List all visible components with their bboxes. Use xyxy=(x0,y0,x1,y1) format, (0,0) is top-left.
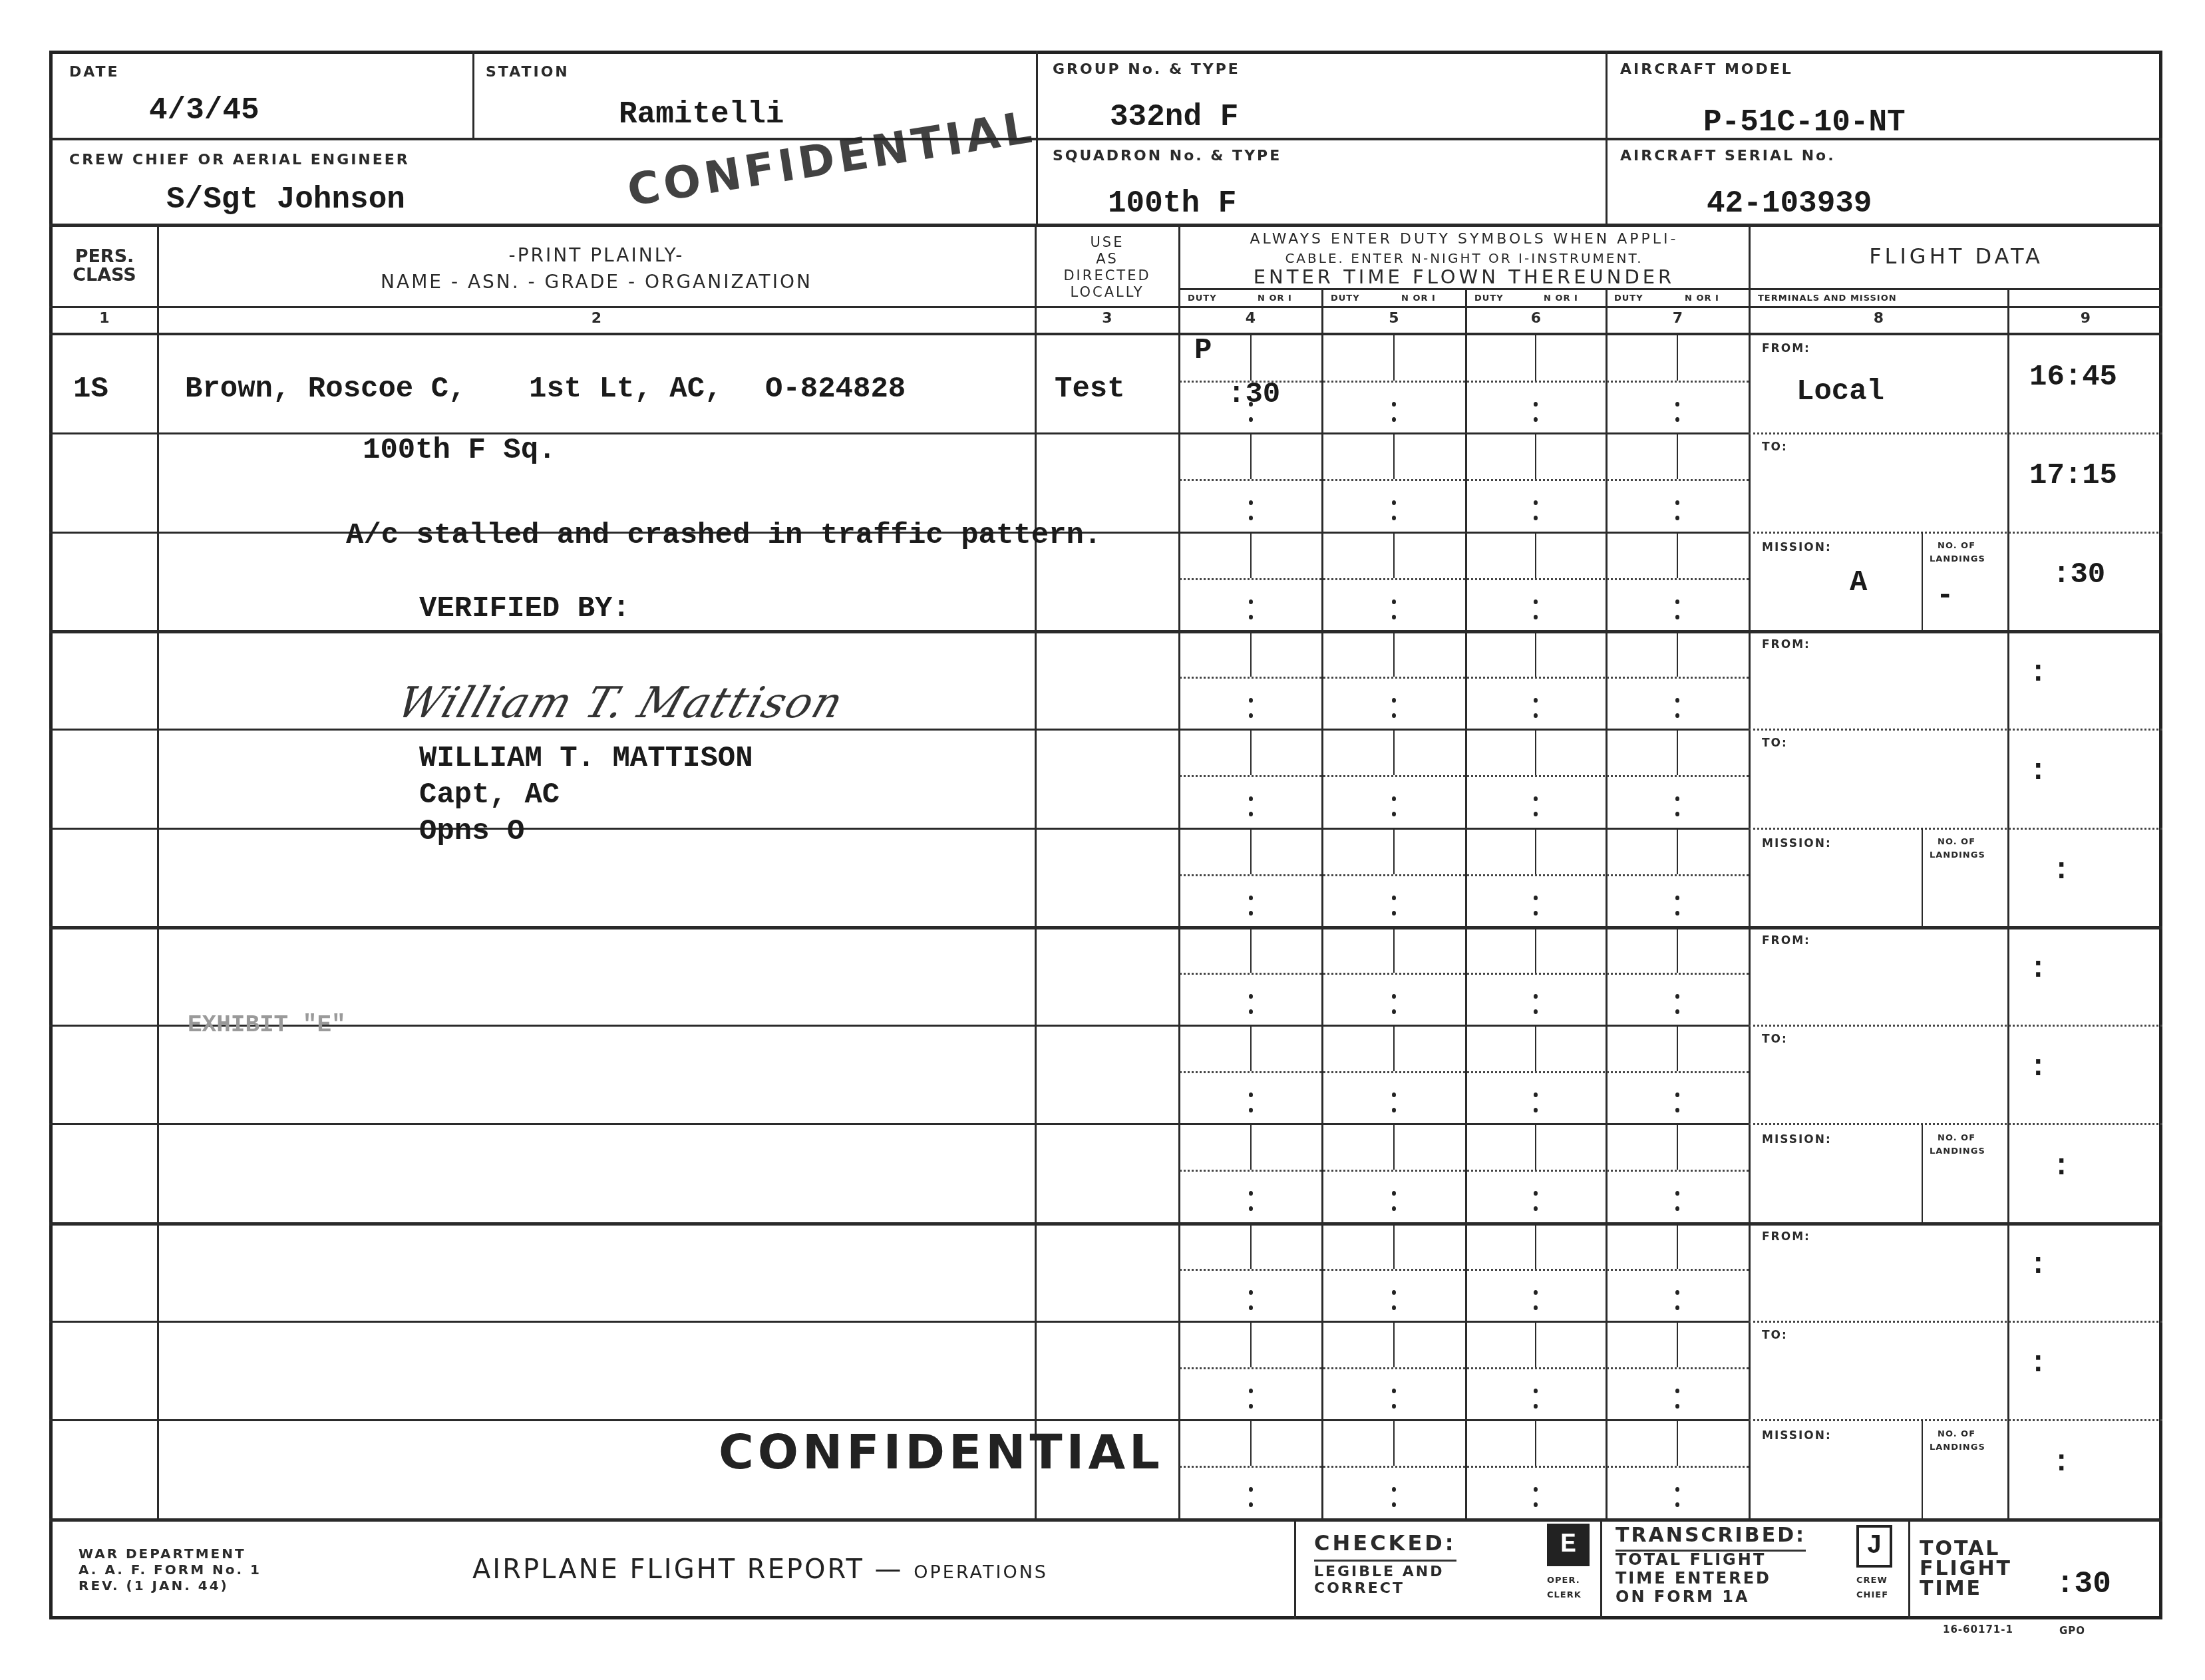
landings-label-2: LANDINGS xyxy=(1930,850,1985,860)
duty-split-line xyxy=(1393,334,1395,381)
use-as-directed-header: USE AS DIRECTED LOCALLY xyxy=(1036,234,1178,301)
crew-name[interactable]: Brown, Roscoe C, xyxy=(185,373,466,406)
duty-split-line xyxy=(1535,729,1536,775)
time-colon-mark[interactable] xyxy=(1392,402,1396,422)
use-as-line4: LOCALLY xyxy=(1036,284,1178,301)
duty-time[interactable]: :30 xyxy=(1228,378,1280,411)
time-colon-mark[interactable] xyxy=(1392,896,1396,916)
duty-split-line xyxy=(1677,1321,1678,1367)
terminals-sub: TERMINALS AND MISSION xyxy=(1758,293,1897,303)
form-title-dash: — xyxy=(875,1554,914,1585)
crew-chief-value[interactable]: S/Sgt Johnson xyxy=(166,182,405,217)
flight-data-header: FLIGHT DATA xyxy=(1750,244,2162,269)
row-line xyxy=(49,926,1749,929)
row-line xyxy=(49,1123,1749,1125)
flight-row-line xyxy=(1749,729,2162,731)
station-label: STATION xyxy=(486,64,570,81)
row-line xyxy=(49,630,1749,633)
mission-value[interactable]: A xyxy=(1850,566,1867,599)
time-from[interactable]: : xyxy=(2029,657,2047,690)
time-colon-mark[interactable] xyxy=(1249,1092,1253,1112)
time-colon-mark[interactable] xyxy=(1392,796,1396,816)
col-line-7 xyxy=(1749,225,1751,1518)
use-as-directed-value[interactable]: Test xyxy=(1055,373,1125,406)
time-colon-mark[interactable] xyxy=(1249,796,1253,816)
duty-mid-line xyxy=(1180,578,1749,580)
flight-row-line xyxy=(1749,1025,2162,1027)
landings-divider xyxy=(1922,828,1923,926)
crew-asn[interactable]: O-824828 xyxy=(765,373,906,406)
checked-sub-2: CORRECT xyxy=(1314,1580,1405,1597)
time-colon-mark[interactable] xyxy=(1675,896,1679,916)
crew-chief-label: CREW CHIEF OR AERIAL ENGINEER xyxy=(69,152,410,168)
duty-mid-line xyxy=(1180,1367,1749,1369)
duty-mid-line xyxy=(1180,1071,1749,1073)
duty-split-line xyxy=(1250,1025,1252,1071)
time-colon-mark[interactable] xyxy=(1534,1487,1538,1507)
duty-split-line xyxy=(1250,1123,1252,1170)
landings-divider xyxy=(1922,1124,1923,1222)
duty-split-line xyxy=(1250,432,1252,479)
duty-split-line xyxy=(1535,1123,1536,1170)
checked-sub-1: LEGIBLE AND xyxy=(1314,1564,1444,1580)
landings-label-2: LANDINGS xyxy=(1930,1146,1985,1156)
landings-label-1: NO. OF xyxy=(1938,837,1975,847)
time-colon-mark[interactable] xyxy=(1534,796,1538,816)
flight-row-line xyxy=(1749,1123,2162,1125)
header-divider-right xyxy=(1037,138,2162,140)
mission-label: MISSION: xyxy=(1762,837,1832,850)
duty-split-line xyxy=(1535,432,1536,479)
pers-class-line2: CLASS xyxy=(52,266,157,285)
mission-label: MISSION: xyxy=(1762,1429,1832,1442)
header-bottom xyxy=(49,224,2162,227)
duty-sub-4: DUTY xyxy=(1188,293,1217,303)
pers-class-line1: PERS. xyxy=(52,248,157,266)
flight-duration[interactable]: : xyxy=(2053,854,2070,888)
print-code: 16-60171-1 xyxy=(1943,1623,2013,1635)
date-label: DATE xyxy=(69,64,120,81)
duty-split-line xyxy=(1393,828,1395,874)
row-line xyxy=(49,828,1749,830)
form-title-suffix: OPERATIONS xyxy=(914,1562,1048,1583)
duty-split-line xyxy=(1677,532,1678,578)
squadron-label: SQUADRON No. & TYPE xyxy=(1053,148,1281,164)
time-colon-mark[interactable] xyxy=(1675,994,1679,1014)
time-colon-mark[interactable] xyxy=(1392,1389,1396,1409)
from-label: FROM: xyxy=(1762,342,1810,355)
flight-row-line xyxy=(1749,1419,2162,1421)
duty-sub-5: DUTY xyxy=(1331,293,1360,303)
duty-split-line xyxy=(1250,828,1252,874)
duty-split-line xyxy=(1535,334,1536,381)
duty-subheader-top xyxy=(1178,288,2162,290)
flight-row-line xyxy=(1749,926,2162,929)
from-value[interactable]: Local xyxy=(1796,375,1884,409)
crew-organization[interactable]: 100th F Sq. xyxy=(363,434,556,467)
nori-sub-7: N OR I xyxy=(1685,293,1719,303)
time-colon-mark[interactable] xyxy=(1392,599,1396,619)
landings-value[interactable]: - xyxy=(1936,580,1953,613)
flight-row-line xyxy=(1749,1321,2162,1323)
time-colon-mark[interactable] xyxy=(1249,698,1253,718)
duty-split-line xyxy=(1677,1025,1678,1071)
to-label: TO: xyxy=(1762,440,1788,454)
duty-split-line xyxy=(1250,532,1252,578)
duty-split-line xyxy=(1393,1123,1395,1170)
oper-clerk-2: CLERK xyxy=(1547,1590,1582,1600)
confidential-stamp-bottom: CONFIDENTIAL xyxy=(719,1424,1164,1480)
time-colon-mark[interactable] xyxy=(1249,896,1253,916)
transcribed-label: TRANSCRIBED: xyxy=(1615,1524,1806,1552)
verifier-title: Opns O xyxy=(419,815,524,848)
duty-split-line xyxy=(1250,1321,1252,1367)
duty-split-line xyxy=(1535,1025,1536,1071)
name-header: -PRINT PLAINLY- NAME - ASN. - GRADE - OR… xyxy=(158,242,1035,295)
time-colon-mark[interactable] xyxy=(1534,994,1538,1014)
time-colon-mark[interactable] xyxy=(1249,599,1253,619)
verifier-grade: Capt, AC xyxy=(419,778,560,812)
form-title: AIRPLANE FLIGHT REPORT — OPERATIONS xyxy=(472,1554,1048,1585)
duty-mid-line xyxy=(1180,677,1749,679)
time-colon-mark[interactable] xyxy=(1534,896,1538,916)
landings-divider xyxy=(1922,1420,1923,1518)
time-colon-mark[interactable] xyxy=(1392,698,1396,718)
duty-split-line xyxy=(1393,630,1395,677)
verifier-name: WILLIAM T. MATTISON xyxy=(419,742,753,775)
duty-split-line xyxy=(1535,1321,1536,1367)
row-line xyxy=(49,1222,1749,1226)
aircraft-serial-value[interactable]: 42-103939 xyxy=(1707,186,1872,221)
time-colon-mark[interactable] xyxy=(1675,1191,1679,1211)
from-label: FROM: xyxy=(1762,934,1810,947)
time-colon-mark[interactable] xyxy=(1392,500,1396,520)
aircraft-model-label: AIRCRAFT MODEL xyxy=(1620,61,1793,78)
to-label: TO: xyxy=(1762,1033,1788,1046)
time-colon-mark[interactable] xyxy=(1392,1290,1396,1310)
aircraft-model-value[interactable]: P-51C-10-NT xyxy=(1703,105,1906,140)
duty-split-line xyxy=(1250,630,1252,677)
header-vline-date xyxy=(472,51,474,138)
footer-vline-checked xyxy=(1294,1518,1296,1619)
duty-instruction-1: ALWAYS ENTER DUTY SYMBOLS WHEN APPLI- xyxy=(1180,230,1749,249)
signature: William T. Mattison xyxy=(391,679,850,728)
row-line xyxy=(49,1321,1749,1323)
mission-label: MISSION: xyxy=(1762,1133,1832,1146)
time-colon-mark[interactable] xyxy=(1249,1389,1253,1409)
duty-split-line xyxy=(1535,828,1536,874)
group-label: GROUP No. & TYPE xyxy=(1053,61,1240,78)
time-from[interactable]: 16:45 xyxy=(2029,361,2117,394)
station-value[interactable]: Ramitelli xyxy=(619,97,784,132)
duty-split-line xyxy=(1535,1419,1536,1466)
duty-sub-7: DUTY xyxy=(1614,293,1643,303)
pers-class-value[interactable]: 1S xyxy=(73,373,108,406)
landings-label-2: LANDINGS xyxy=(1930,1442,1985,1452)
use-as-line3: DIRECTED xyxy=(1036,267,1178,284)
checked-label: CHECKED: xyxy=(1314,1530,1456,1562)
print-office: GPO xyxy=(2059,1625,2085,1637)
crew-grade[interactable]: 1st Lt, AC, xyxy=(529,373,722,406)
issuer-line-2: A. A. F. FORM No. 1 xyxy=(79,1562,261,1578)
duty-split-line xyxy=(1250,334,1252,381)
duty-split-line xyxy=(1677,1419,1678,1466)
aircraft-serial-label: AIRCRAFT SERIAL No. xyxy=(1620,148,1836,164)
exhibit-label: EXHIBIT "E" xyxy=(188,1011,346,1039)
duty-split-line xyxy=(1393,1025,1395,1071)
print-plainly: -PRINT PLAINLY- xyxy=(158,242,1035,269)
nori-sub-4: N OR I xyxy=(1258,293,1292,303)
duty-header: ALWAYS ENTER DUTY SYMBOLS WHEN APPLI- CA… xyxy=(1180,230,1749,286)
duty-sub-6: DUTY xyxy=(1474,293,1504,303)
duty-split-line xyxy=(1677,432,1678,479)
to-label: TO: xyxy=(1762,737,1788,750)
duty-split-line xyxy=(1677,926,1678,973)
time-colon-mark[interactable] xyxy=(1675,599,1679,619)
duty-split-line xyxy=(1393,532,1395,578)
duty-split-line xyxy=(1677,630,1678,677)
col-line-2 xyxy=(1035,225,1037,1518)
col-num-6: 6 xyxy=(1466,310,1606,327)
time-colon-mark[interactable] xyxy=(1392,1487,1396,1507)
flight-duration[interactable]: : xyxy=(2053,1446,2070,1480)
name-asn-grade-org: NAME - ASN. - GRADE - ORGANIZATION xyxy=(158,269,1035,295)
form-title-main: AIRPLANE FLIGHT REPORT xyxy=(472,1554,864,1585)
time-colon-mark[interactable] xyxy=(1534,1290,1538,1310)
total-label-3: TIME xyxy=(1920,1577,1982,1600)
colheader-bottom xyxy=(49,306,2162,308)
duty-split-line xyxy=(1535,926,1536,973)
time-colon-mark[interactable] xyxy=(1534,1389,1538,1409)
duty-split-line xyxy=(1250,729,1252,775)
time-to[interactable]: : xyxy=(2029,1347,2047,1381)
duty-split-line xyxy=(1393,729,1395,775)
col-num-7: 7 xyxy=(1607,310,1749,327)
duty-instruction-2: CABLE. ENTER N-NIGHT OR I-INSTRUMENT. xyxy=(1180,249,1749,267)
duty-split-line xyxy=(1393,1321,1395,1367)
time-to[interactable]: : xyxy=(2029,1051,2047,1085)
crew-chief-initial[interactable]: J xyxy=(1856,1525,1892,1568)
transcribed-sub-1: TOTAL FLIGHT xyxy=(1615,1550,1766,1569)
time-to[interactable]: 17:15 xyxy=(2029,459,2117,492)
duty-mid-line xyxy=(1180,479,1749,481)
from-label: FROM: xyxy=(1762,638,1810,651)
time-colon-mark[interactable] xyxy=(1534,1092,1538,1112)
duty-split-line xyxy=(1535,532,1536,578)
time-colon-mark[interactable] xyxy=(1249,500,1253,520)
duty-split-line xyxy=(1250,1222,1252,1269)
group-value[interactable]: 332nd F xyxy=(1110,100,1238,134)
duty-split-line xyxy=(1393,926,1395,973)
duty-mid-line xyxy=(1180,1170,1749,1172)
total-flight-time[interactable]: :30 xyxy=(2056,1567,2111,1601)
time-colon-mark[interactable] xyxy=(1249,994,1253,1014)
landings-divider xyxy=(1922,532,1923,630)
col-line-8 xyxy=(2007,288,2009,1518)
col-num-1: 1 xyxy=(52,310,157,327)
mission-label: MISSION: xyxy=(1762,541,1832,554)
col-num-2: 2 xyxy=(158,310,1035,327)
duty-split-line xyxy=(1250,1419,1252,1466)
nori-sub-6: N OR I xyxy=(1544,293,1578,303)
time-colon-mark[interactable] xyxy=(1675,500,1679,520)
col-line-4 xyxy=(1321,288,1323,1518)
time-colon-mark[interactable] xyxy=(1675,796,1679,816)
transcribed-sub-2: TIME ENTERED xyxy=(1615,1569,1771,1588)
flight-row-line xyxy=(1749,432,2162,434)
flight-row-line xyxy=(1749,532,2162,534)
duty-split-line xyxy=(1393,1419,1395,1466)
time-colon-mark[interactable] xyxy=(1249,1191,1253,1211)
footer-vline-transcribed xyxy=(1600,1518,1602,1619)
duty-symbol[interactable]: P xyxy=(1194,334,1212,367)
time-from[interactable]: : xyxy=(2029,953,2047,986)
duty-split-line xyxy=(1677,828,1678,874)
time-colon-mark[interactable] xyxy=(1675,1389,1679,1409)
duty-split-line xyxy=(1393,1222,1395,1269)
time-to[interactable]: : xyxy=(2029,755,2047,788)
crew-chief-2: CHIEF xyxy=(1856,1590,1888,1600)
duty-instruction-3: ENTER TIME FLOWN THEREUNDER xyxy=(1180,267,1749,286)
duty-mid-line xyxy=(1180,1269,1749,1271)
flight-duration[interactable]: :30 xyxy=(2053,558,2105,591)
landings-label-2: LANDINGS xyxy=(1930,554,1985,564)
duty-split-line xyxy=(1677,334,1678,381)
landings-label-1: NO. OF xyxy=(1938,1133,1975,1143)
time-colon-mark[interactable] xyxy=(1392,994,1396,1014)
landings-label-1: NO. OF xyxy=(1938,541,1975,551)
duty-mid-line xyxy=(1180,775,1749,777)
duty-split-line xyxy=(1250,926,1252,973)
col-num-5: 5 xyxy=(1323,310,1465,327)
duty-mid-line xyxy=(1180,1466,1749,1468)
col-line-6 xyxy=(1606,288,1608,1518)
row-line xyxy=(49,432,1749,434)
footer-top-line xyxy=(49,1518,2162,1522)
use-as-line1: USE xyxy=(1036,234,1178,251)
time-colon-mark[interactable] xyxy=(1675,1092,1679,1112)
time-colon-mark[interactable] xyxy=(1534,599,1538,619)
verified-by-label: VERIFIED BY: xyxy=(419,592,630,625)
time-colon-mark[interactable] xyxy=(1675,402,1679,422)
time-from[interactable]: : xyxy=(2029,1249,2047,1282)
time-colon-mark[interactable] xyxy=(1534,402,1538,422)
flight-row-line xyxy=(1749,1222,2162,1226)
oper-clerk-1: OPER. xyxy=(1547,1576,1580,1586)
squadron-value[interactable]: 100th F xyxy=(1108,186,1236,221)
time-colon-mark[interactable] xyxy=(1534,698,1538,718)
col-line-3 xyxy=(1178,225,1180,1518)
issuer-line-3: REV. (1 JAN. 44) xyxy=(79,1578,229,1594)
time-colon-mark[interactable] xyxy=(1392,1191,1396,1211)
duty-split-line xyxy=(1677,729,1678,775)
time-colon-mark[interactable] xyxy=(1392,1092,1396,1112)
use-as-line2: AS xyxy=(1036,251,1178,267)
duty-split-line xyxy=(1535,630,1536,677)
time-colon-mark[interactable] xyxy=(1249,1487,1253,1507)
header-vline-model xyxy=(1606,51,1608,225)
landings-label-1: NO. OF xyxy=(1938,1429,1975,1439)
row-line xyxy=(49,1419,1749,1421)
flight-duration[interactable]: : xyxy=(2053,1150,2070,1184)
col-num-8: 8 xyxy=(1750,310,2007,327)
time-colon-mark[interactable] xyxy=(1675,1487,1679,1507)
time-colon-mark[interactable] xyxy=(1249,1290,1253,1310)
colnumber-bottom xyxy=(49,333,2162,335)
to-label: TO: xyxy=(1762,1329,1788,1342)
nori-sub-5: N OR I xyxy=(1401,293,1436,303)
time-colon-mark[interactable] xyxy=(1675,698,1679,718)
time-colon-mark[interactable] xyxy=(1534,1191,1538,1211)
from-label: FROM: xyxy=(1762,1230,1810,1244)
col-num-4: 4 xyxy=(1180,310,1321,327)
duty-split-line xyxy=(1393,432,1395,479)
row-line xyxy=(49,729,1749,731)
duty-split-line xyxy=(1677,1222,1678,1269)
time-colon-mark[interactable] xyxy=(1534,500,1538,520)
duty-mid-line xyxy=(1180,874,1749,876)
col-line-5 xyxy=(1465,288,1467,1518)
issuer-line-1: WAR DEPARTMENT xyxy=(79,1546,246,1562)
duty-split-line xyxy=(1535,1222,1536,1269)
footer-vline-total xyxy=(1908,1518,1910,1619)
flight-row-line xyxy=(1749,828,2162,830)
pers-class-header: PERS. CLASS xyxy=(52,248,157,285)
oper-clerk-initial[interactable]: E xyxy=(1547,1524,1590,1566)
remark[interactable]: A/c stalled and crashed in traffic patte… xyxy=(346,519,1101,552)
date-value[interactable]: 4/3/45 xyxy=(149,93,259,128)
time-colon-mark[interactable] xyxy=(1675,1290,1679,1310)
transcribed-sub-3: ON FORM 1A xyxy=(1615,1588,1750,1606)
col-num-9: 9 xyxy=(2009,310,2162,327)
duty-split-line xyxy=(1677,1123,1678,1170)
col-num-3: 3 xyxy=(1036,310,1178,327)
flight-row-line xyxy=(1749,630,2162,633)
duty-mid-line xyxy=(1180,973,1749,975)
crew-chief-1: CREW xyxy=(1856,1576,1888,1586)
col-line-1 xyxy=(157,225,159,1518)
